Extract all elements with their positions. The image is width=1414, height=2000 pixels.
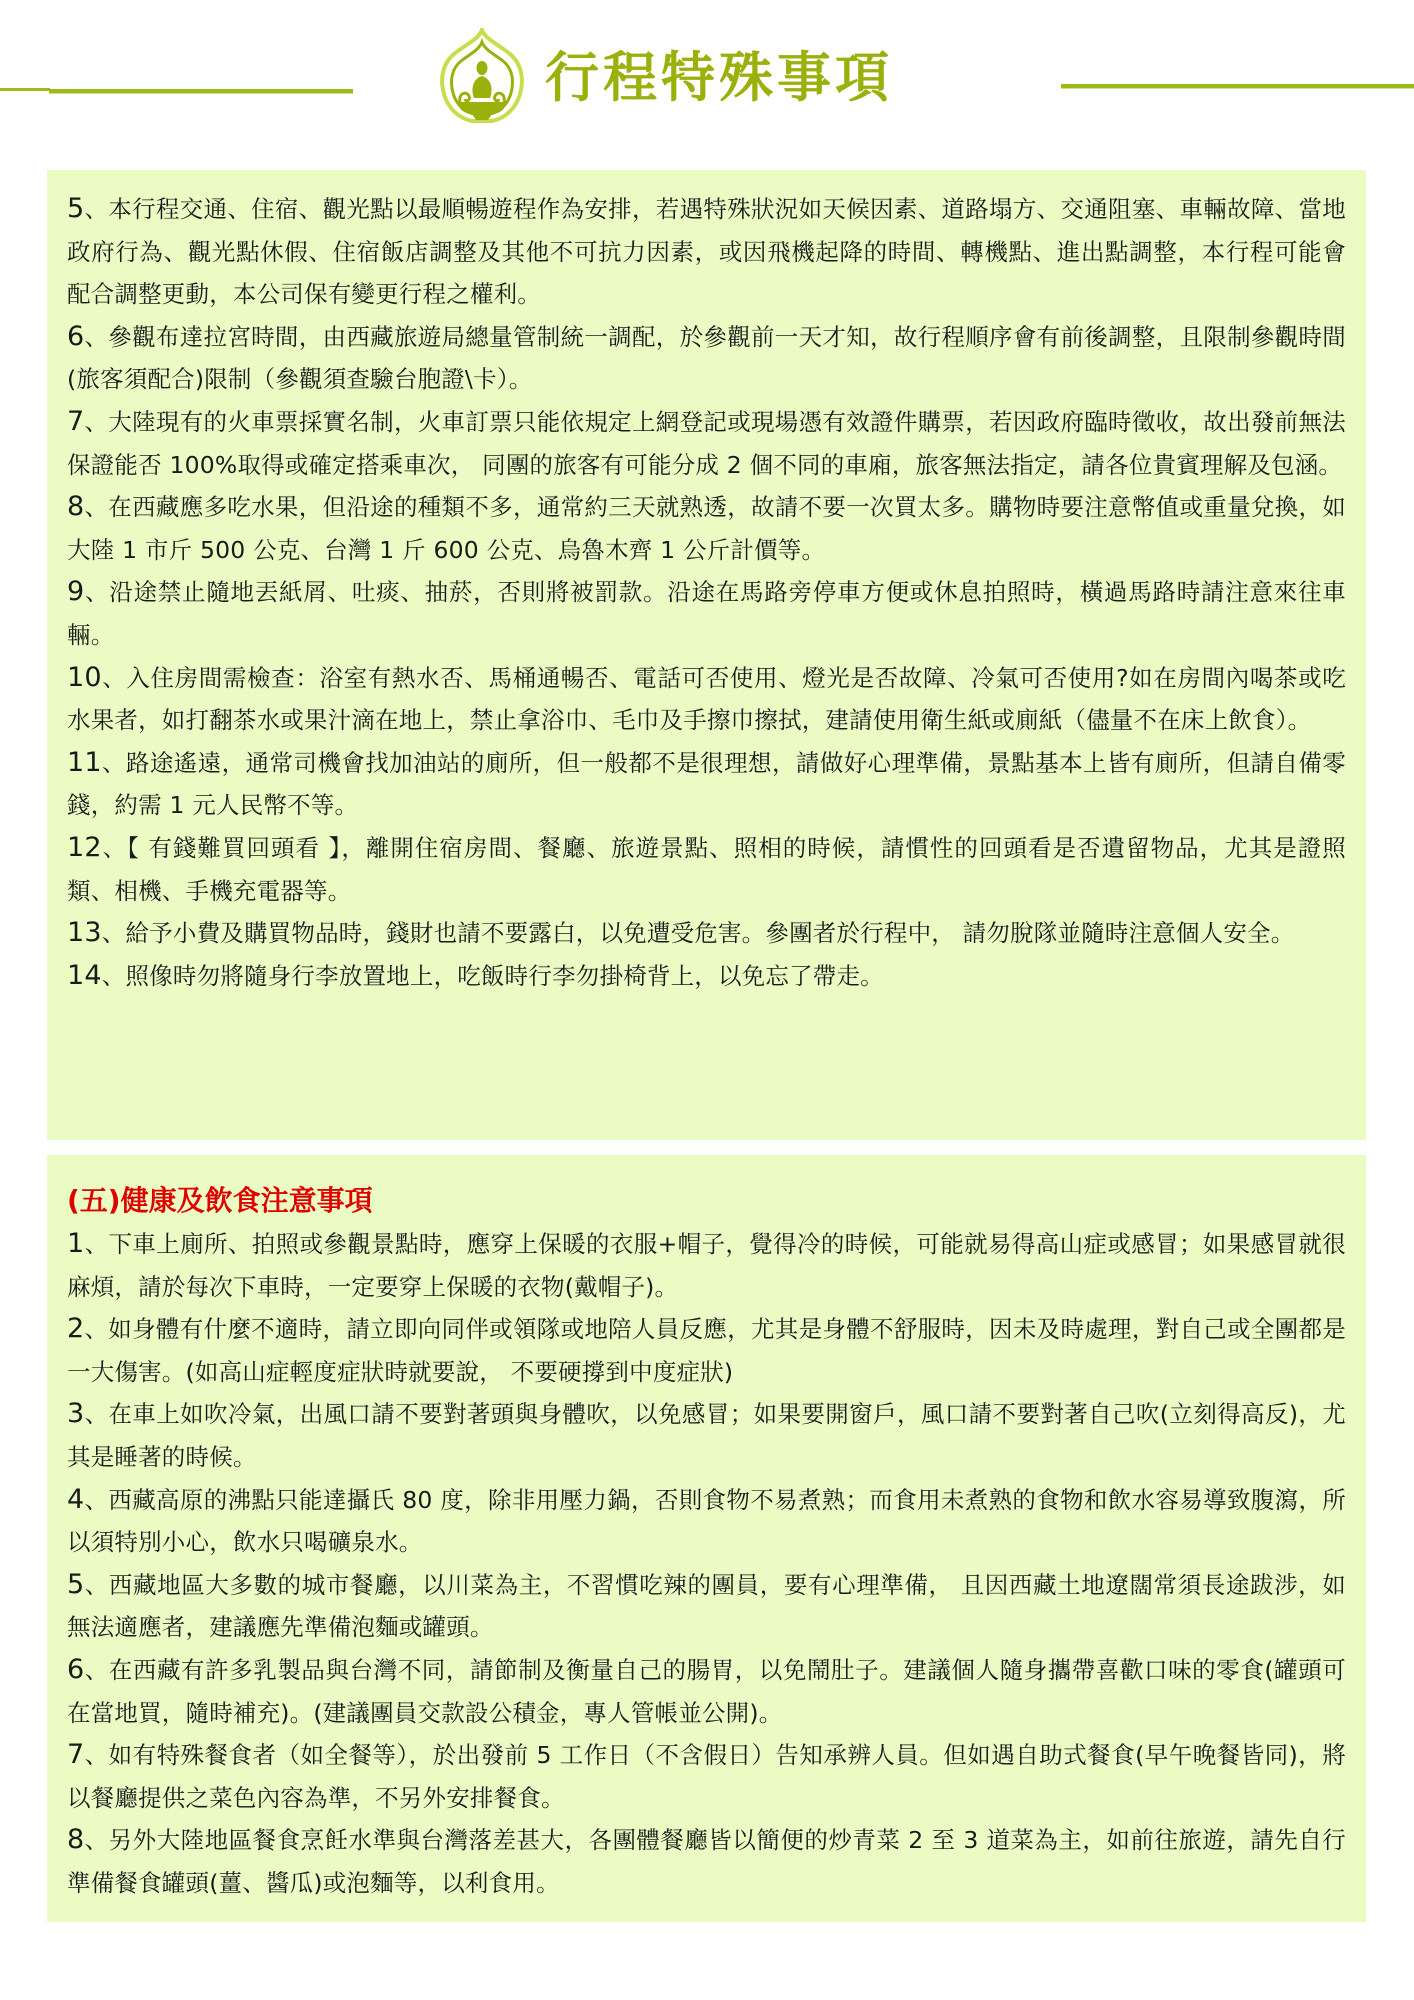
item-text: 、照像時勿將隨身行李放置地上，吃飯時行李勿掛椅背上，以免忘了帶走。 [102, 962, 884, 990]
list-item: 11、路途遙遠，通常司機會找加油站的廁所，但一般都不是很理想，請做好心理準備，景… [67, 742, 1346, 827]
list-item: 10、入住房間需檢查：浴室有熱水否、馬桶通暢否、電話可否使用、燈光是否故障、冷氣… [67, 657, 1346, 742]
page-title: 行程特殊事項 [545, 46, 893, 110]
item-text: 、下車上廁所、拍照或參觀景點時，應穿上保暖的衣服+帽子，覺得冷的時候，可能就易得… [67, 1230, 1346, 1301]
header-rule-left-stub [0, 88, 50, 91]
list-item: 8、在西藏應多吃水果，但沿途的種類不多，通常約三天就熟透，故請不要一次買太多。購… [67, 486, 1346, 571]
list-item: 8、另外大陸地區餐食烹飪水準與台灣落差甚大，各團體餐廳皆以簡便的炒青菜 2 至 … [67, 1819, 1346, 1904]
item-number: 8 [67, 491, 84, 522]
item-number: 7 [67, 1739, 84, 1770]
list-item: 6、參觀布達拉宮時間，由西藏旅遊局總量管制統一調配，於參觀前一天才知，故行程順序… [67, 316, 1346, 401]
list-item: 3、在車上如吹冷氣，出風口請不要對著頭與身體吹，以免感冒；如果要開窗戶，風口請不… [67, 1393, 1346, 1478]
item-number: 6 [67, 321, 84, 352]
list-item: 7、大陸現有的火車票採實名制，火車訂票只能依規定上網登記或現場憑有效證件購票，若… [67, 401, 1346, 486]
item-text: 、如身體有什麼不適時，請立即向同伴或領隊或地陪人員反應，尤其是身體不舒服時，因未… [67, 1315, 1346, 1386]
list-item: 6、在西藏有許多乳製品與台灣不同，請節制及衡量自己的腸胃，以免鬧肚子。建議個人隨… [67, 1649, 1346, 1734]
item-text: 、在西藏有許多乳製品與台灣不同，請節制及衡量自己的腸胃，以免鬧肚子。建議個人隨身… [67, 1656, 1346, 1727]
list-item: 7、如有特殊餐食者（如全餐等），於出發前 5 工作日（不含假日）告知承辨人員。但… [67, 1734, 1346, 1819]
lotus-buddha-icon [436, 28, 528, 124]
item-number: 5 [67, 193, 84, 224]
item-text: 、入住房間需檢查：浴室有熱水否、馬桶通暢否、電話可否使用、燈光是否故障、冷氣可否… [67, 664, 1346, 735]
item-text: 、大陸現有的火車票採實名制，火車訂票只能依規定上網登記或現場憑有效證件購票，若因… [67, 408, 1346, 479]
item-text: 、在車上如吹冷氣，出風口請不要對著頭與身體吹，以免感冒；如果要開窗戶，風口請不要… [67, 1400, 1346, 1471]
section-heading: (五)健康及飲食注意事項 [67, 1179, 1346, 1223]
list-item: 12、【 有錢難買回頭看 】，離開住宿房間、餐廳、旅遊景點、照相的時候，請慣性的… [67, 827, 1346, 912]
item-number: 9 [67, 576, 84, 607]
item-text: 、給予小費及購買物品時，錢財也請不要露白，以免遭受危害。參團者於行程中， 請勿脫… [102, 919, 1295, 947]
item-number: 5 [67, 1569, 84, 1600]
item-number: 1 [67, 1228, 84, 1259]
list-item: 1、下車上廁所、拍照或參觀景點時，應穿上保暖的衣服+帽子，覺得冷的時候，可能就易… [67, 1223, 1346, 1308]
item-text: 、參觀布達拉宮時間，由西藏旅遊局總量管制統一調配，於參觀前一天才知，故行程順序會… [67, 323, 1346, 394]
list-item: 5、西藏地區大多數的城市餐廳，以川菜為主，不習慣吃辣的團員，要有心理準備， 且因… [67, 1564, 1346, 1649]
list-item: 14、照像時勿將隨身行李放置地上，吃飯時行李勿掛椅背上，以免忘了帶走。 [67, 955, 1346, 998]
health-diet-section-box: (五)健康及飲食注意事項 1、下車上廁所、拍照或參觀景點時，應穿上保暖的衣服+帽… [47, 1155, 1366, 1922]
list-item: 5、本行程交通、住宿、觀光點以最順暢遊程作為安排，若遇特殊狀況如天候因素、道路塌… [67, 188, 1346, 316]
item-number: 14 [67, 960, 102, 991]
item-number: 11 [67, 747, 102, 778]
item-number: 3 [67, 1398, 84, 1429]
list-item: 13、給予小費及購買物品時，錢財也請不要露白，以免遭受危害。參團者於行程中， 請… [67, 912, 1346, 955]
item-number: 7 [67, 406, 84, 437]
item-number: 4 [67, 1484, 84, 1515]
item-number: 2 [67, 1313, 84, 1344]
item-text: 、在西藏應多吃水果，但沿途的種類不多，通常約三天就熟透，故請不要一次買太多。購物… [67, 493, 1346, 564]
header-rule-right [1061, 84, 1414, 88]
list-item: 9、沿途禁止隨地丟紙屑、吐痰、抽菸，否則將被罰款。沿途在馬路旁停車方便或休息拍照… [67, 571, 1346, 656]
item-text: 、路途遙遠，通常司機會找加油站的廁所，但一般都不是很理想，請做好心理準備，景點基… [67, 749, 1346, 820]
item-text: 、西藏地區大多數的城市餐廳，以川菜為主，不習慣吃辣的團員，要有心理準備， 且因西… [67, 1571, 1346, 1642]
item-number: 13 [67, 917, 102, 948]
item-text: 、本行程交通、住宿、觀光點以最順暢遊程作為安排，若遇特殊狀況如天候因素、道路塌方… [67, 195, 1346, 308]
item-text: 、【 有錢難買回頭看 】，離開住宿房間、餐廳、旅遊景點、照相的時候，請慣性的回頭… [67, 834, 1346, 905]
item-text: 、沿途禁止隨地丟紙屑、吐痰、抽菸，否則將被罰款。沿途在馬路旁停車方便或休息拍照時… [67, 578, 1346, 649]
item-number: 8 [67, 1824, 84, 1855]
item-text: 、另外大陸地區餐食烹飪水準與台灣落差甚大，各團體餐廳皆以簡便的炒青菜 2 至 3… [67, 1826, 1346, 1897]
item-text: 、西藏高原的沸點只能達攝氏 80 度，除非用壓力鍋，否則食物不易煮熟；而食用未煮… [67, 1486, 1346, 1557]
list-item: 2、如身體有什麼不適時，請立即向同伴或領隊或地陪人員反應，尤其是身體不舒服時，因… [67, 1308, 1346, 1393]
item-number: 10 [67, 662, 102, 693]
notes-section-box: 5、本行程交通、住宿、觀光點以最順暢遊程作為安排，若遇特殊狀況如天候因素、道路塌… [47, 170, 1366, 1140]
item-number: 12 [67, 832, 102, 863]
item-number: 6 [67, 1654, 84, 1685]
list-item: 4、西藏高原的沸點只能達攝氏 80 度，除非用壓力鍋，否則食物不易煮熟；而食用未… [67, 1479, 1346, 1564]
header-rule-left [49, 89, 353, 93]
page-header: 行程特殊事項 [0, 0, 1414, 150]
item-text: 、如有特殊餐食者（如全餐等），於出發前 5 工作日（不含假日）告知承辨人員。但如… [67, 1741, 1346, 1812]
